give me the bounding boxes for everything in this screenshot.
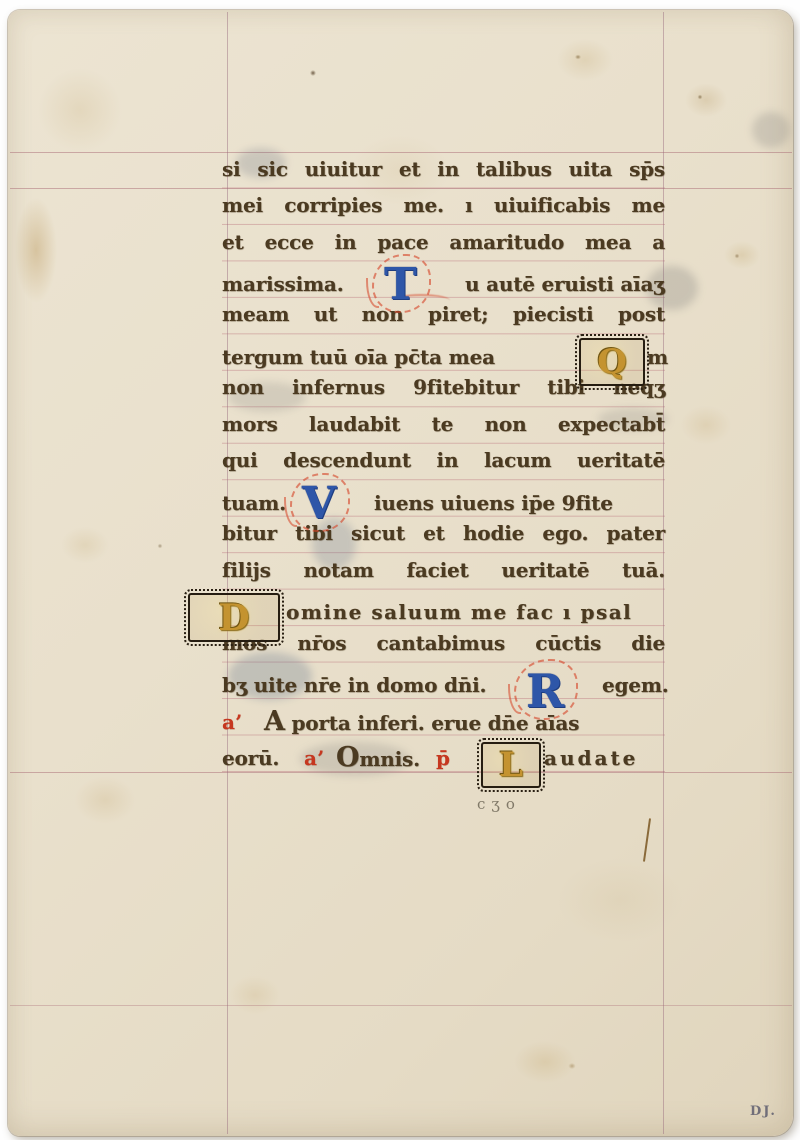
illuminated-initial-Q: Q: [579, 338, 645, 386]
line-text: filijs notam faciet ueritatē tuā.: [222, 558, 665, 582]
text-line-14: mos nr̄os cantabimus cūctis die: [222, 631, 665, 668]
text-line-11: bitur tibi sicut et hodie ego. pater: [222, 521, 665, 558]
illuminated-initial-V: V: [302, 482, 336, 526]
text-line-1: si sic uiuitur et in talibus uita sp̄s: [222, 157, 665, 194]
manuscript-photo: { "manuscript": { "lines": { "l1": {"a":…: [0, 0, 800, 1140]
line-text: meam ut non piret; piecisti post: [222, 302, 665, 326]
initial-letter: Q: [597, 345, 627, 379]
text-line-4: marissima. u autē eruisti aīaʒ: [222, 266, 665, 303]
line-text: qui descendunt in lacum ueritatē: [222, 448, 665, 472]
text-line-13: omine saluum me fac ı psal: [222, 594, 665, 631]
line-text: mos nr̄os cantabimus cūctis die: [222, 631, 665, 655]
initial-letter: V: [302, 478, 336, 529]
line-text: tuam.: [222, 485, 286, 522]
initial-letter: D: [218, 600, 249, 636]
initial-letter: L: [499, 748, 523, 782]
psalm-mark: p̄: [436, 740, 450, 777]
line-text: bitur tibi sicut et hodie ego. pater: [222, 521, 665, 545]
text-line-17: eorū. aʼ Omnis. p̄ audate: [222, 740, 665, 777]
stray-ink-stroke: [643, 818, 651, 862]
illuminated-initial-D: D: [188, 593, 280, 642]
text-line-9: qui descendunt in lacum ueritatē: [222, 448, 665, 485]
text-line-16: aʼ A porta inferi. erue dn̄e aīas: [222, 704, 665, 741]
line-text: u autē eruisti aīaʒ: [465, 266, 664, 303]
illuminated-initial-R: R: [526, 668, 564, 714]
line-text: audate: [544, 740, 638, 777]
text-line-5: meam ut non piret; piecisti post: [222, 302, 665, 339]
ink-smudge: [752, 112, 790, 148]
line-text: tergum tuū oīa pc̄ta mea: [222, 339, 495, 376]
line-text: mors laudabit te non expectabt̄: [222, 412, 665, 436]
text-line-2: mei corripies me. ı uiuificabis me: [222, 193, 665, 230]
line-text: iuens uiuens ip̄e 9fite: [374, 485, 613, 522]
line-text: egem.: [602, 667, 669, 704]
initial-letter: T: [384, 259, 417, 310]
line-text: Omnis.: [336, 740, 420, 777]
illuminated-initial-T: T: [384, 263, 417, 307]
line-text: eorū.: [222, 740, 279, 777]
parchment-leaf: si sic uiuitur et in talibus uita sp̄s m…: [8, 10, 793, 1136]
ruling-line-top-1: [10, 152, 792, 153]
line-text: marissima.: [222, 266, 343, 303]
leaf-content: si sic uiuitur et in talibus uita sp̄s m…: [8, 10, 793, 1136]
initial-letter: R: [526, 664, 564, 718]
antiphon-mark: aʼ: [222, 704, 242, 741]
line-text: omine saluum me fac ı psal: [286, 594, 632, 631]
line-text: si sic uiuitur et in talibus uita sp̄s: [222, 157, 665, 181]
collector-mark: DJ.: [750, 1104, 777, 1119]
line-text: mei corripies me. ı uiuificabis me: [222, 193, 665, 217]
pen-trial-mark: cʒo: [477, 795, 521, 813]
illuminated-initial-L: L: [481, 742, 541, 788]
text-line-15: bʒ uite nr̄e in domo dn̄i. egem.: [222, 667, 665, 704]
antiphon-mark: aʼ: [304, 740, 324, 777]
ruling-line-bottom-2: [10, 1005, 792, 1006]
line-text: et ecce in pace amaritudo mea a: [222, 230, 665, 254]
line-text: bʒ uite nr̄e in domo dn̄i.: [222, 667, 486, 704]
text-line-3: et ecce in pace amaritudo mea a: [222, 230, 665, 267]
text-line-12: filijs notam faciet ueritatē tuā.: [222, 558, 665, 595]
line-text: m: [647, 339, 668, 376]
text-line-8: mors laudabit te non expectabt̄: [222, 412, 665, 449]
